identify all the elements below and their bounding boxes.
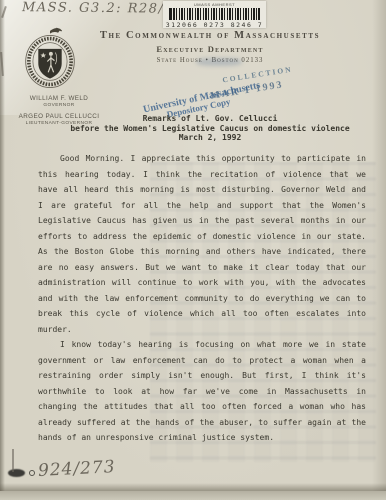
body-line: I are grateful for all the help and supp… [38, 198, 366, 214]
date-received-stamp: MAR 1 1993 [210, 79, 285, 101]
body-line: this hearing today. I think the recitati… [38, 167, 366, 183]
body-line: Good Morning. I appreciate this opportun… [38, 151, 366, 167]
governor-block: WILLIAM F. WELD GOVERNOR [13, 95, 105, 108]
letterhead-address: State House • Boston 02133 [40, 57, 380, 64]
body-line: administration will continue to work wit… [38, 275, 366, 291]
scanned-document-page: MASS. G3.2: R28/2— UMASS AMHERST 312066 … [0, 0, 386, 500]
small-circle-mark [29, 470, 35, 476]
body-line: changing the attitudes that all too ofte… [38, 399, 366, 415]
body-line: break this cycle of violence which all t… [38, 306, 366, 322]
barcode-library-name: UMASS AMHERST [163, 1, 266, 7]
body-line: murder. [38, 322, 366, 338]
title-line-3: March 2, 1992 [55, 133, 365, 143]
page-edge-shadow-bottom [0, 483, 386, 491]
page-edge-shadow-right [372, 0, 386, 500]
pencil-mark [1, 6, 7, 18]
body-line: and with the law enforcement community t… [38, 291, 366, 307]
body-line: have all heard this morning is most dist… [38, 182, 366, 198]
title-line-2: before the Women's Legislative Caucus on… [55, 124, 365, 134]
body-line: worthwhile to look at how far we've come… [38, 384, 366, 400]
small-oval-stamp [8, 469, 25, 477]
body-line: already suffered at the hands of the abu… [38, 415, 366, 431]
governor-title: GOVERNOR [13, 103, 105, 108]
body-line: I know today's hearing is focusing on wh… [38, 337, 366, 353]
barcode-icon [169, 8, 260, 20]
title-line-1: Remarks of Lt. Gov. Cellucci [55, 114, 365, 124]
body-line: efforts to address the epidemic of domes… [38, 229, 366, 245]
body-line: government or law enforcement can do to … [38, 353, 366, 369]
collection-stamp: COLLECTION [222, 65, 293, 85]
page-edge-shadow-left [0, 0, 5, 500]
body-line: Legislative Caucus has given us in the p… [38, 213, 366, 229]
massachusetts-state-seal-icon [23, 24, 77, 90]
letterhead-commonwealth: The Commonwealth of Massachusetts [40, 30, 380, 41]
pencil-mark [0, 52, 4, 76]
document-body: Good Morning. I appreciate this opportun… [38, 151, 366, 446]
body-line: As the Boston Globe this morning and oth… [38, 244, 366, 260]
depository-stamp-line1: University of Massachusetts [142, 80, 261, 116]
body-line: restraining order simply isn't enough. B… [38, 368, 366, 384]
library-barcode-label: UMASS AMHERST 312066 0273 8246 7 [163, 1, 266, 28]
handwritten-accession-number: 924/273 [38, 457, 117, 481]
body-line: hands of an unresponsive criminal justic… [38, 430, 366, 446]
letterhead: The Commonwealth of Massachusetts Execut… [40, 30, 380, 64]
barcode-number: 312066 0273 8246 7 [163, 20, 266, 29]
underlying-page-edge [0, 491, 386, 500]
letterhead-department: Executive Department [40, 44, 380, 54]
body-line: are no easy answers. But we want to make… [38, 260, 366, 276]
document-title: Remarks of Lt. Gov. Cellucci before the … [55, 114, 365, 143]
governor-name: WILLIAM F. WELD [13, 95, 105, 102]
